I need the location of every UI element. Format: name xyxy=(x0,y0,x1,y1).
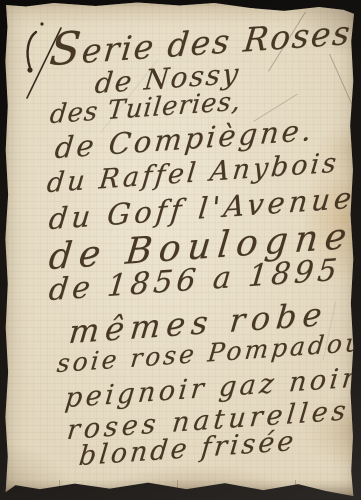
corner-mark-dot xyxy=(40,22,43,25)
paper-crease xyxy=(329,54,355,111)
photograph-backdrop: Serie des Roses de Nossy des Tuileries, … xyxy=(0,0,361,500)
corner-mark-blot xyxy=(27,67,32,72)
paper-edge-shadow xyxy=(5,480,354,496)
manuscript-page: Serie des Roses de Nossy des Tuileries, … xyxy=(5,2,354,496)
corner-mark-stroke xyxy=(28,32,36,68)
